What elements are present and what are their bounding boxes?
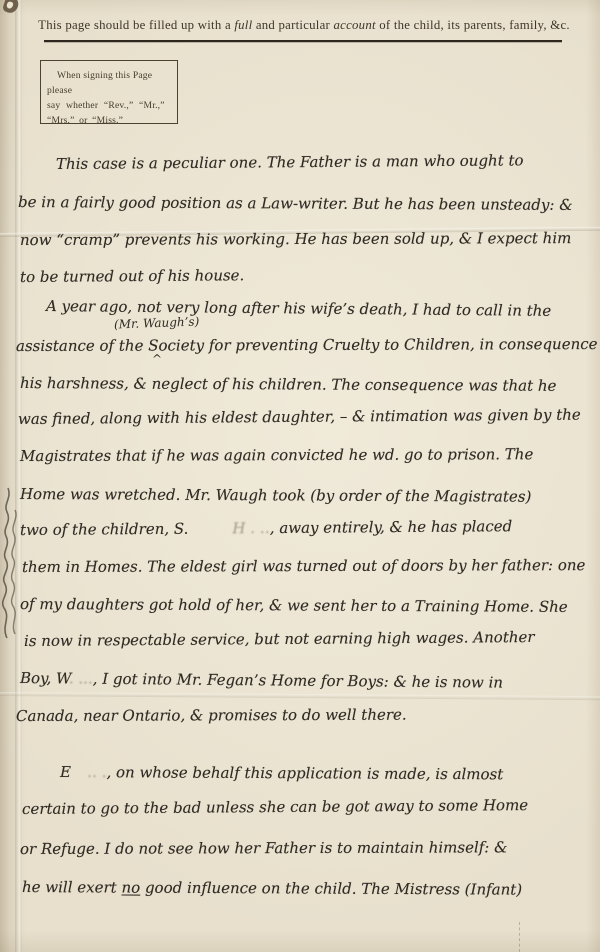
header-rule	[44, 40, 562, 42]
manuscript-text: , I got into Mr. Fegan’s Home for Boys: …	[93, 670, 503, 692]
manuscript-line: certain to go to the bad unless she can …	[22, 796, 528, 818]
manuscript-line: was fined, along with his eldest daughte…	[18, 406, 581, 428]
manuscript-text: Boy, W	[20, 669, 69, 687]
manuscript-line: be in a fairly good position as a Law-wr…	[18, 193, 573, 214]
horizontal-fold-crease	[0, 692, 600, 700]
manuscript-line: This case is a peculiar one. The Father …	[56, 151, 524, 173]
manuscript-line: Boy, W. ..., I got into Mr. Fegan’s Home…	[20, 669, 503, 692]
manuscript-line: assistance of the Society for preventing…	[16, 335, 600, 355]
manuscript-text: he will exert	[22, 878, 122, 897]
erased-name: ‥ .	[87, 763, 107, 781]
manuscript-line: two of the children, S.H . ‥, away entir…	[20, 517, 512, 539]
instruction-italic-full: full	[234, 18, 252, 32]
signing-note-box: When signing this Page please say whethe…	[40, 60, 178, 124]
manuscript-text: , away entirely, & he has placed	[270, 517, 513, 537]
manuscript-line: or Refuge. I do not see how her Father i…	[20, 838, 508, 858]
instruction-italic-account: account	[334, 18, 376, 32]
manuscript-text: E	[60, 763, 71, 781]
manuscript-line: to be turned out of his house.	[20, 266, 244, 286]
signing-note-line: “Mrs.” or “Miss.”	[47, 114, 171, 129]
manuscript-line: his harshness, & neglect of his children…	[20, 374, 557, 395]
document-page: This page should be filled up with a ful…	[0, 0, 600, 952]
signing-note-line: say whether “Rev.,” “Mr.,”	[47, 99, 171, 114]
interlinear-insertion: (Mr. Waugh’s)	[114, 315, 200, 332]
manuscript-line: he will exert no good influence on the c…	[22, 878, 522, 899]
manuscript-text: good influence on the child. The Mistres…	[140, 879, 522, 899]
manuscript-line: Magistrates that if he was again convict…	[20, 445, 533, 465]
instruction-text: of the child, its parents, family, &c.	[376, 18, 570, 32]
instruction-text: This page should be filled up with a	[38, 18, 234, 32]
manuscript-line: Home was wretched. Mr. Waugh took (by or…	[20, 485, 531, 506]
manuscript-text: , on whose behalf this application is ma…	[106, 763, 503, 783]
erased-name: . ...	[69, 669, 93, 687]
manuscript-text: two of the children, S.	[20, 520, 189, 539]
signing-note-line: When signing this Page please	[47, 69, 171, 99]
manuscript-line: now “cramp” prevents his working. He has…	[20, 229, 571, 249]
paper-crease-mark	[519, 922, 520, 952]
manuscript-line: of my daughters got hold of her, & we se…	[20, 595, 568, 616]
manuscript-line: them in Homes. The eldest girl was turne…	[22, 556, 585, 576]
printed-instruction: This page should be filled up with a ful…	[30, 18, 578, 33]
instruction-text: and particular	[252, 18, 333, 32]
erased-name: H . ‥	[232, 519, 270, 537]
underlined-word: no	[121, 879, 140, 897]
manuscript-line: Canada, near Ontario, & promises to do w…	[16, 706, 407, 725]
manuscript-line: is now in respectable service, but not e…	[24, 628, 535, 650]
manuscript-line: E‥ ., on whose behalf this application i…	[60, 763, 503, 783]
